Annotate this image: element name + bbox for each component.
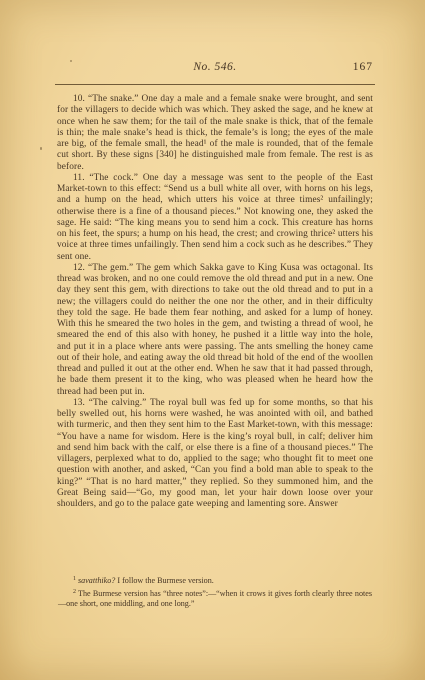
paragraph-11-the-cock: 11. “The cock.” One day a message was se… — [57, 173, 373, 263]
print-speck — [70, 60, 72, 62]
footnote-1-marker: 1 — [73, 576, 76, 582]
footnote-2-text: The Burmese version has “three notes”:—“… — [58, 589, 372, 609]
body-text: 10. “The snake.” One day a male and a fe… — [57, 94, 373, 510]
footnote-1-term: savatthiko? — [78, 576, 115, 585]
print-speck — [40, 147, 42, 150]
footnote-1: 1savatthiko? I follow the Burmese versio… — [58, 574, 372, 587]
paragraph-12-the-gem: 12. “The gem.” The gem which Sakka gave … — [57, 263, 373, 398]
header-rule — [55, 84, 375, 85]
page-number: 167 — [353, 61, 373, 73]
running-head-title: No. 546. — [193, 61, 236, 73]
footnote-2: 2The Burmese version has “three notes”:—… — [58, 587, 372, 610]
footnote-2-marker: 2 — [73, 589, 76, 595]
footnote-1-text: I follow the Burmese version. — [117, 576, 213, 585]
page-header: No. 546. 167 — [57, 61, 373, 75]
footnotes: 1savatthiko? I follow the Burmese versio… — [58, 574, 372, 610]
paragraph-13-the-calving: 13. “The calving.” The royal bull was fe… — [57, 398, 373, 511]
book-page: No. 546. 167 10. “The snake.” One day a … — [0, 0, 425, 680]
paragraph-10-the-snake: 10. “The snake.” One day a male and a fe… — [57, 94, 373, 173]
